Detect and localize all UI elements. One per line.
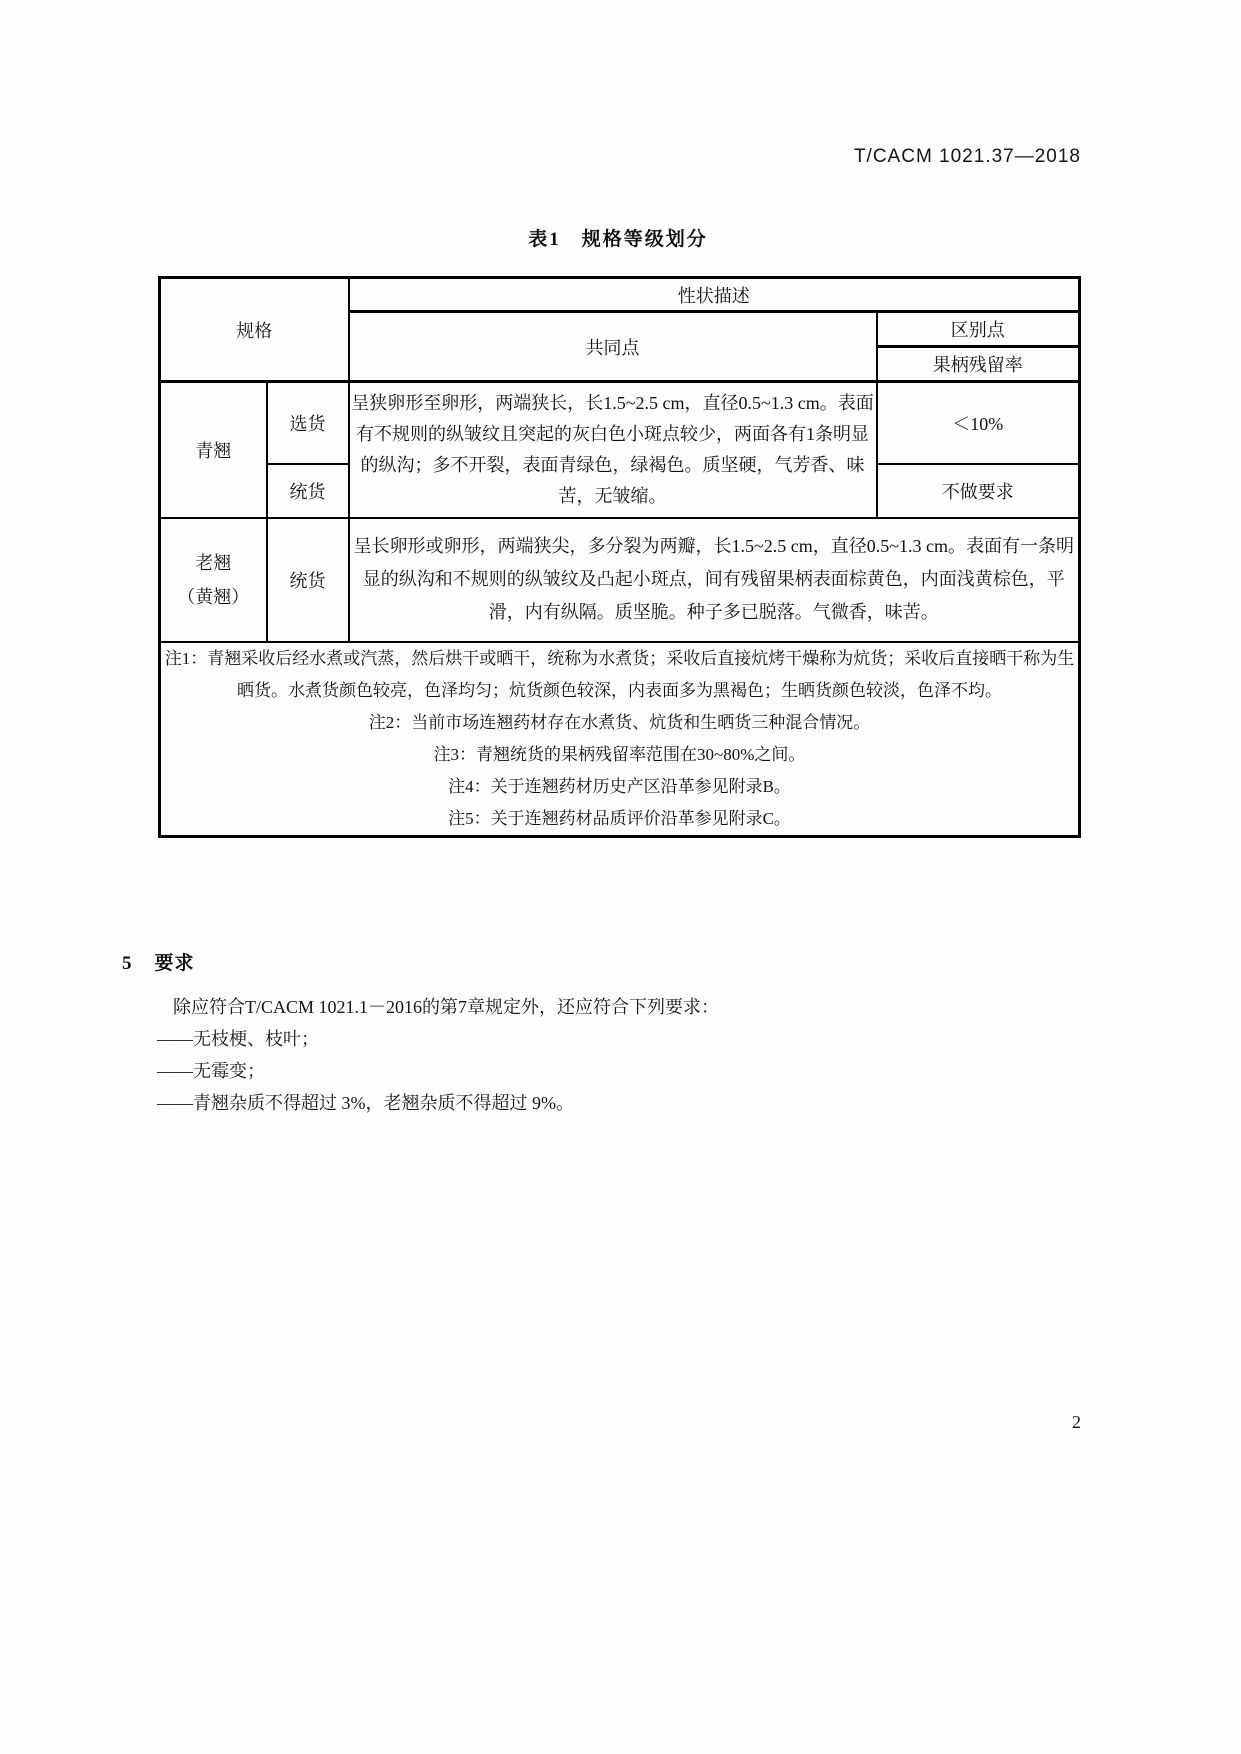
section-intro: 除应符合T/CACM 1021.1－2016的第7章规定外，还应符合下列要求： [157,991,1087,1023]
requirement-item-1: ——无枝梗、枝叶； [157,1023,1087,1055]
spec-grade-table: 规格 性状描述 共同点 区别点 果柄残留率 青翘 选货 呈狭卵形至卵形，两端狭长… [158,276,1081,838]
th-common-points: 共同点 [349,312,877,382]
cell-tonghuo-residue-rate: 不做要求 [877,464,1080,518]
laoqiao-name-line1: 老翘 [161,546,266,580]
section-number: 5 [122,953,133,974]
th-trait-description: 性状描述 [349,278,1080,312]
th-spec: 规格 [160,278,349,382]
document-code: T/CACM 1021.37—2018 [854,146,1081,168]
note-item-5: 注5：关于连翘药材品质评价沿革参见附录C。 [161,803,1078,835]
table-caption: 表1 规格等级划分 [158,224,1078,251]
page-number: 2 [1072,1412,1081,1433]
row-qingqiao-xuanhuo: 青翘 选货 呈狭卵形至卵形，两端狭长，长1.5~2.5 cm，直径0.5~1.3… [160,382,1080,464]
th-distinguishing-points: 区别点 [877,312,1080,347]
row-laoqiao: 老翘 （黄翘） 统货 呈长卵形或卵形，两端狭尖，多分裂为两瓣，长1.5~2.5 … [160,518,1080,642]
row-notes: 注1：青翘采收后经水煮或汽蒸，然后烘干或晒干，统称为水煮货；采收后直接炕烤干燥称… [160,642,1080,837]
requirement-item-3: ——青翘杂质不得超过 3%，老翘杂质不得超过 9%。 [157,1087,1087,1119]
section-heading: 5要求 [122,948,195,975]
requirement-item-2: ——无霉变； [157,1055,1087,1087]
note-item-3: 注3：青翘统货的果柄残留率范围在30~80%之间。 [161,739,1078,771]
cell-laoqiao-grade: 统货 [267,518,349,642]
cell-laoqiao-description: 呈长卵形或卵形，两端狭尖，多分裂为两瓣，长1.5~2.5 cm，直径0.5~1.… [349,518,1080,642]
cell-grade-xuanhuo: 选货 [267,382,349,464]
cell-xuanhuo-residue-rate: ＜10% [877,382,1080,464]
cell-grade-tonghuo: 统货 [267,464,349,518]
note-item-2: 注2：当前市场连翘药材存在水煮货、炕货和生晒货三种混合情况。 [161,707,1078,739]
cell-spec-qingqiao: 青翘 [160,382,267,518]
table-notes: 注1：青翘采收后经水煮或汽蒸，然后烘干或晒干，统称为水煮货；采收后直接炕烤干燥称… [160,642,1080,837]
section-body: 除应符合T/CACM 1021.1－2016的第7章规定外，还应符合下列要求： … [157,991,1087,1119]
cell-spec-laoqiao: 老翘 （黄翘） [160,518,267,642]
note-item-1: 注1：青翘采收后经水煮或汽蒸，然后烘干或晒干，统称为水煮货；采收后直接炕烤干燥称… [161,643,1078,707]
laoqiao-name-line2: （黄翘） [161,580,266,614]
th-fruit-stalk-residue-rate: 果柄残留率 [877,347,1080,382]
document-page: T/CACM 1021.37—2018 表1 规格等级划分 规格 性状描述 共同… [0,0,1241,1754]
section-title: 要求 [155,953,195,974]
header-row-1: 规格 性状描述 [160,278,1080,312]
cell-qingqiao-description: 呈狭卵形至卵形，两端狭长，长1.5~2.5 cm，直径0.5~1.3 cm。表面… [349,382,877,518]
note-item-4: 注4：关于连翘药材历史产区沿革参见附录B。 [161,771,1078,803]
